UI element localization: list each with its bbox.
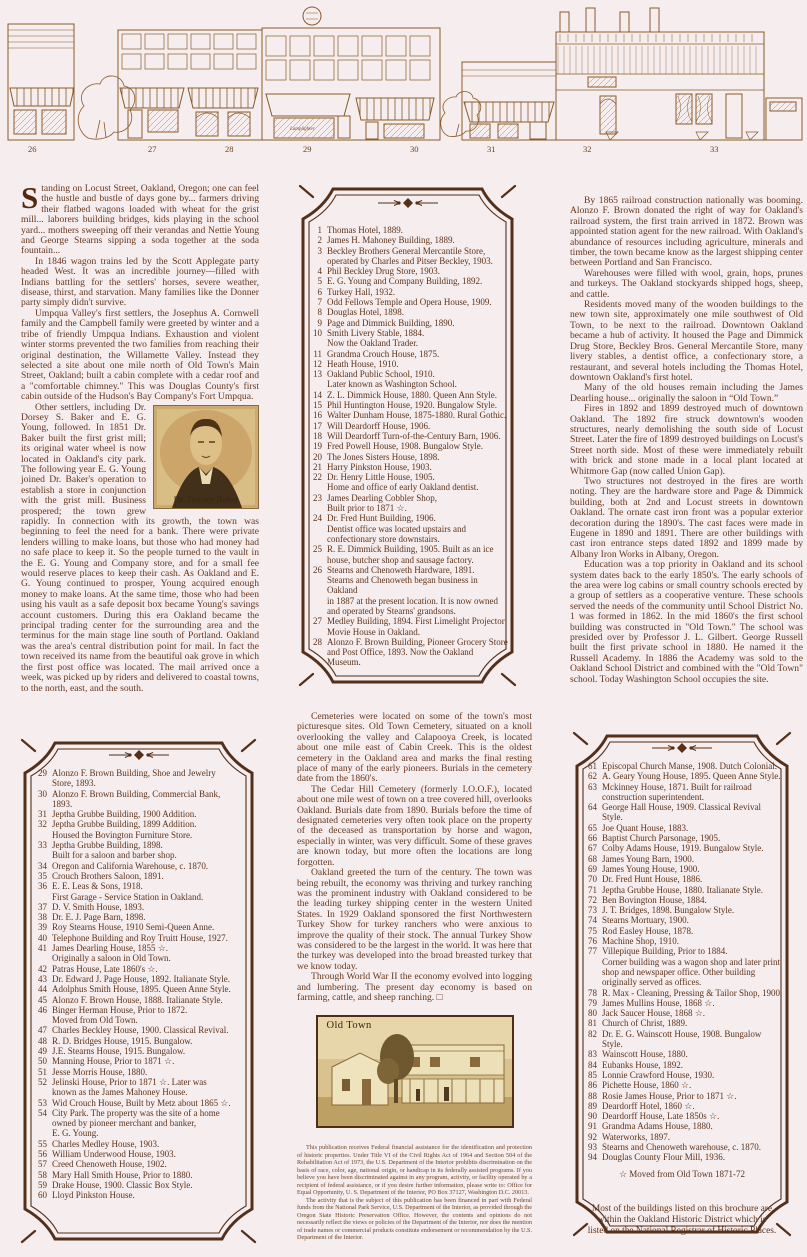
building-list-item: 92 Waterworks, 1897. <box>581 1132 784 1142</box>
building-list-item: 30 Alonzo F. Brown Building, Commercial … <box>31 789 246 810</box>
building-number-label: 78 <box>581 988 597 998</box>
building-list-item: 17 Will Deardorff House, 1906. <box>306 421 508 431</box>
building-name: Alonzo F. Brown Building, Commercial Ban… <box>52 789 246 810</box>
building-list-item: 38 Dr. E. J. Page Barn, 1898. <box>31 912 246 922</box>
building-list-item: 23 James Dearling Cobbler Shop, Built pr… <box>306 493 508 514</box>
building-number-label: 3 <box>306 246 322 267</box>
building-name: James Mullins House, 1868 ☆. <box>602 998 784 1008</box>
building-list-item: 84 Eubanks House, 1892. <box>581 1060 784 1070</box>
building-number-label: 71 <box>581 885 597 895</box>
building-name: Binger Herman House, Prior to 1872. Move… <box>52 1005 246 1026</box>
building-name: Stearns and Chenoweth warehouse, c. 1870… <box>602 1142 784 1152</box>
building-list-item: 39 Roy Stearns House, 1910 Semi-Queen An… <box>31 922 246 932</box>
building-list-item: 13 Oakland Public School, 1910. Later kn… <box>306 369 508 390</box>
building-list-item: 62 A. Geary Young House, 1895. Queen Ann… <box>581 771 784 781</box>
building-number-label: 61 <box>581 761 597 771</box>
building-number-label: 80 <box>581 1008 597 1018</box>
building-name: Crouch Brothers Saloon, 1891. <box>52 871 246 881</box>
building-name: Dr. Edward J. Page House, 1892. Italiana… <box>52 974 246 984</box>
building-list-item: 12 Heath House, 1910. <box>306 359 508 369</box>
building-name: A. Geary Young House, 1895. Queen Anne S… <box>602 771 784 781</box>
building-number-28: 28 <box>225 144 234 154</box>
building-list-item: 53 Wid Crouch House, Built by Metz about… <box>31 1098 246 1108</box>
building-list-item: 22 Dr. Henry Little House, 1905. Home an… <box>306 472 508 493</box>
building-number-label: 89 <box>581 1101 597 1111</box>
building-name: Charles Medley House, 1903. <box>52 1139 246 1149</box>
building-name: Will Deardorff House, 1906. <box>327 421 508 431</box>
building-list-item: 45 Alonzo F. Brown House, 1888. Italiana… <box>31 995 246 1005</box>
building-number-label: 26 <box>306 565 322 616</box>
building-name: Baptist Church Parsonage, 1905. <box>602 833 784 843</box>
building-name: Dr. E. J. Page Barn, 1898. <box>52 912 246 922</box>
building-name: Phil Beckley Drug Store, 1903. <box>327 266 508 276</box>
building-number-label: 47 <box>31 1025 47 1035</box>
building-number-33: 33 <box>710 144 719 154</box>
building-name: James Dearling House, 1855 ☆. Originally… <box>52 943 246 964</box>
building-number-label: 67 <box>581 843 597 853</box>
history-paragraph: By 1865 railroad construction nationally… <box>570 196 803 269</box>
building-name: Telephone Building and Roy Truitt House,… <box>52 933 246 943</box>
building-number-label: 29 <box>31 768 47 789</box>
building-name: Douglas County Flour Mill, 1936. <box>602 1152 784 1162</box>
building-name: Creed Chenoweth House, 1902. <box>52 1159 246 1169</box>
building-number-label: 63 <box>581 782 597 803</box>
building-list-item: 20 The Jones Sisters House, 1898. <box>306 452 508 462</box>
ornament-icon <box>297 196 518 208</box>
dropcap-s: S <box>21 184 41 210</box>
building-number-label: 23 <box>306 493 322 514</box>
building-number-label: 77 <box>581 946 597 987</box>
building-name: R. D. Bridges House, 1915. Bungalow. <box>52 1036 246 1046</box>
building-list-item: 21 Harry Pinkston House, 1903. <box>306 462 508 472</box>
building-name: Manning House, Prior to 1871 ☆. <box>52 1056 246 1066</box>
building-list-item: 88 Rosie James House, Prior to 1871 ☆. <box>581 1091 784 1101</box>
building-number-label: 12 <box>306 359 322 369</box>
history-paragraph: Cemeteries were located on some of the t… <box>297 712 532 785</box>
building-list-item: 67 Colby Adams House, 1919. Bungalow Sty… <box>581 843 784 853</box>
building-name: Joe Quant House, 1883. <box>602 823 784 833</box>
building-number-label: 19 <box>306 441 322 451</box>
building-number-label: 44 <box>31 984 47 994</box>
building-number-label: 59 <box>31 1180 47 1190</box>
building-number-32: 32 <box>583 144 592 154</box>
building-list-item: 86 Pichette House, 1860 ☆. <box>581 1080 784 1090</box>
building-number-label: 43 <box>31 974 47 984</box>
building-name: Will Deardorff Turn-of-the-Century Barn,… <box>327 431 508 441</box>
building-number-label: 51 <box>31 1067 47 1077</box>
building-list-item: 33 Jeptha Grubbe Building, 1898. Built f… <box>31 840 246 861</box>
building-number-label: 21 <box>306 462 322 472</box>
building-list-item: 29 Alonzo F. Brown Building, Shoe and Je… <box>31 768 246 789</box>
building-list-item: 80 Jack Saucer House, 1868 ☆. <box>581 1008 784 1018</box>
building-name: Machine Shop, 1910. <box>602 936 784 946</box>
building-number-label: 39 <box>31 922 47 932</box>
building-number-label: 36 <box>31 881 47 902</box>
building-list-item: 28 Alonzo F. Brown Building, Pioneer Gro… <box>306 637 508 668</box>
building-number-label: 58 <box>31 1170 47 1180</box>
building-list-item: 76 Machine Shop, 1910. <box>581 936 784 946</box>
building-name: Lonnie Crawford House, 1930. <box>602 1070 784 1080</box>
building-list-item: 89 Deardorff Hotel, 1860 ☆. <box>581 1101 784 1111</box>
building-number-label: 83 <box>581 1049 597 1059</box>
building-name: E. E. Leas & Sons, 1918. First Garage - … <box>52 881 246 902</box>
building-name: Waterworks, 1897. <box>602 1132 784 1142</box>
building-number-label: 57 <box>31 1159 47 1169</box>
building-number-label: 28 <box>306 637 322 668</box>
building-name: Charles Beckley House, 1900. Classical R… <box>52 1025 246 1035</box>
building-number-label: 69 <box>581 864 597 874</box>
building-name: Patras House, Late 1860's ☆. <box>52 964 246 974</box>
building-number-label: 84 <box>581 1060 597 1070</box>
building-list-box-29-60: 29 Alonzo F. Brown Building, Shoe and Je… <box>19 737 258 1245</box>
building-name: Fred Powell House, 1908. Bungalow Style. <box>327 441 508 451</box>
building-name: Walter Dunham House, 1875-1880. Rural Go… <box>327 410 508 420</box>
building-name: Jesse Morris House, 1880. <box>52 1067 246 1077</box>
building-name: James H. Mahoney Building, 1889. <box>327 235 508 245</box>
fine-print-paragraph: This publication receives Federal financ… <box>297 1144 532 1197</box>
building-number-label: 40 <box>31 933 47 943</box>
building-name: Grandma Crouch House, 1875. <box>327 349 508 359</box>
building-name: Thomas Hotel, 1889. <box>327 225 508 235</box>
building-list-item: 25 R. E. Dimmick Building, 1905. Built a… <box>306 544 508 565</box>
building-number-label: 46 <box>31 1005 47 1026</box>
building-number-27: 27 <box>148 144 157 154</box>
building-name: Eubanks House, 1892. <box>602 1060 784 1070</box>
building-number-label: 16 <box>306 410 322 420</box>
lead-paragraph: Standing on Locust Street, Oakland, Oreg… <box>21 184 259 257</box>
building-list-item: 26 Stearns and Chenoweth Hardware, 1891.… <box>306 565 508 616</box>
building-list-item: 9 Page and Dimmick Building, 1890. <box>306 318 508 328</box>
building-number-label: 86 <box>581 1080 597 1090</box>
building-list-item: 77 Villepique Building, Prior to 1884. C… <box>581 946 784 987</box>
building-list-item: 27 Medley Building, 1894. First Limeligh… <box>306 616 508 637</box>
building-number-label: 56 <box>31 1149 47 1159</box>
building-list-item: 37 D. V. Smith House, 1893. <box>31 902 246 912</box>
cemeteries-column: Cemeteries were located on some of the t… <box>297 712 532 1242</box>
building-list-item: 73 J. T. Bridges, 1898. Bungalow Style. <box>581 905 784 915</box>
building-list-item: 35 Crouch Brothers Saloon, 1891. <box>31 871 246 881</box>
building-number-label: 38 <box>31 912 47 922</box>
building-name: Dr. Henry Little House, 1905. Home and o… <box>327 472 508 493</box>
building-number-label: 53 <box>31 1098 47 1108</box>
building-list-item: 11 Grandma Crouch House, 1875. <box>306 349 508 359</box>
building-name: J. T. Bridges, 1898. Bungalow Style. <box>602 905 784 915</box>
building-number-26: 26 <box>28 144 37 154</box>
building-name: Deardorff House, Late 1850s ☆. <box>602 1111 784 1121</box>
building-number-label: 27 <box>306 616 322 637</box>
building-number-label: 31 <box>31 809 47 819</box>
building-name: Adolphus Smith House, 1895. Queen Anne S… <box>52 984 246 994</box>
building-number-label: 9 <box>306 318 322 328</box>
history-column-left: Standing on Locust Street, Oakland, Oreg… <box>21 184 259 694</box>
building-name: Jack Saucer House, 1868 ☆. <box>602 1008 784 1018</box>
building-name: Rod Easley House, 1878. <box>602 926 784 936</box>
portrait-caption: Dr. Dorsey Baker <box>154 494 258 504</box>
building-number-label: 1 <box>306 225 322 235</box>
publication-fine-print: This publication receives Federal financ… <box>297 1144 532 1242</box>
building-name: Colby Adams House, 1919. Bungalow Style. <box>602 843 784 853</box>
building-list-item: 50 Manning House, Prior to 1871 ☆. <box>31 1056 246 1066</box>
building-name: James Young House, 1900. <box>602 864 784 874</box>
building-name: Oregon and California Warehouse, c. 1870… <box>52 861 246 871</box>
building-name: William Underwood House, 1903. <box>52 1149 246 1159</box>
history-paragraph: Warehouses were filled with wool, grain,… <box>570 269 803 300</box>
building-name: Jeptha Grubbe Building, 1899 Addition. H… <box>52 819 246 840</box>
building-number-label: 41 <box>31 943 47 964</box>
building-number-label: 37 <box>31 902 47 912</box>
history-column-right: By 1865 railroad construction nationally… <box>570 196 803 685</box>
building-name: Stearns and Chenoweth Hardware, 1891. St… <box>327 565 508 616</box>
building-list-item: 71 Jeptha Grubbe House, 1880. Italianate… <box>581 885 784 895</box>
building-name: Alonzo F. Brown Building, Shoe and Jewel… <box>52 768 246 789</box>
building-number-label: 93 <box>581 1142 597 1152</box>
building-name: Z. L. Dimmick House, 1880. Queen Ann Sty… <box>327 390 508 400</box>
building-list-item: 7 Odd Fellows Temple and Opera House, 19… <box>306 297 508 307</box>
building-name: D. V. Smith House, 1893. <box>52 902 246 912</box>
building-list-item: 63 Mckinney House, 1871. Built for railr… <box>581 782 784 803</box>
building-number-31: 31 <box>487 144 496 154</box>
building-list-item: 79 James Mullins House, 1868 ☆. <box>581 998 784 1008</box>
building-list-item: 69 James Young House, 1900. <box>581 864 784 874</box>
building-list-item: 52 Jelinski House, Prior to 1871 ☆. Late… <box>31 1077 246 1098</box>
building-list-item: 34 Oregon and California Warehouse, c. 1… <box>31 861 246 871</box>
building-number-label: 81 <box>581 1018 597 1028</box>
building-number-label: 92 <box>581 1132 597 1142</box>
building-number-label: 85 <box>581 1070 597 1080</box>
building-name: Mary Hall Smith House, Prior to 1880. <box>52 1170 246 1180</box>
ornament-icon <box>19 748 258 760</box>
building-number-label: 25 <box>306 544 322 565</box>
building-list-item: 55 Charles Medley House, 1903. <box>31 1139 246 1149</box>
building-number-label: 72 <box>581 895 597 905</box>
building-name: Ben Bovington House, 1884. <box>602 895 784 905</box>
building-number-label: 7 <box>306 297 322 307</box>
building-name: Wid Crouch House, Built by Metz about 18… <box>52 1098 246 1108</box>
building-number-label: 79 <box>581 998 597 1008</box>
building-list-item: 72 Ben Bovington House, 1884. <box>581 895 784 905</box>
building-number-label: 33 <box>31 840 47 861</box>
moved-from-old-town-footnote: ☆ Moved from Old Town 1871-72 <box>571 1169 793 1180</box>
ornament-icon <box>571 741 793 753</box>
building-name: Church of Christ, 1889. <box>602 1018 784 1028</box>
building-name: Medley Building, 1894. First Limelight P… <box>327 616 508 637</box>
building-name: Deardorff Hotel, 1860 ☆. <box>602 1101 784 1111</box>
building-list-item: 81 Church of Christ, 1889. <box>581 1018 784 1028</box>
building-list-item: 93 Stearns and Chenoweth warehouse, c. 1… <box>581 1142 784 1152</box>
building-number-label: 17 <box>306 421 322 431</box>
building-list-item: 65 Joe Quant House, 1883. <box>581 823 784 833</box>
history-paragraph: Residents moved many of the wooden build… <box>570 300 803 383</box>
brochure-page: Lamplighter 26 27 28 29 30 31 32 33 Stan… <box>0 0 807 1257</box>
building-number-label: 14 <box>306 390 322 400</box>
building-list-item: 1 Thomas Hotel, 1889. <box>306 225 508 235</box>
building-list-item: 19 Fred Powell House, 1908. Bungalow Sty… <box>306 441 508 451</box>
building-list-item: 61 Episcopal Church Manse, 1908. Dutch C… <box>581 761 784 771</box>
building-list-item: 43 Dr. Edward J. Page House, 1892. Itali… <box>31 974 246 984</box>
dr-dorsey-baker-photo: Dr. Dorsey Baker <box>153 405 259 509</box>
building-number-label: 18 <box>306 431 322 441</box>
building-name: R. Max - Cleaning, Pressing & Tailor Sho… <box>602 988 784 998</box>
building-list-item: 64 George Hall House, 1909. Classical Re… <box>581 802 784 823</box>
fine-print-paragraph: The activity that is the subject of this… <box>297 1197 532 1242</box>
building-list-item: 3 Beckley Brothers General Mercantile St… <box>306 246 508 267</box>
old-town-photo-sketch <box>318 1017 512 1126</box>
building-list-item: 15 Phil Huntington House, 1920. Bungalow… <box>306 400 508 410</box>
building-number-label: 65 <box>581 823 597 833</box>
building-list-item: 60 Lloyd Pinkston House. <box>31 1190 246 1200</box>
building-name: James Young Barn, 1900. <box>602 854 784 864</box>
building-number-label: 35 <box>31 871 47 881</box>
storefronts-sketch: Lamplighter 26 27 28 29 30 31 32 33 <box>0 0 807 168</box>
building-name: R. E. Dimmick Building, 1905. Built as a… <box>327 544 508 565</box>
building-name: E. G. Young and Company Building, 1892. <box>327 276 508 286</box>
history-paragraph: Fires in 1892 and 1899 destroyed much of… <box>570 404 803 477</box>
building-list-item: 66 Baptist Church Parsonage, 1905. <box>581 833 784 843</box>
building-list-item: 46 Binger Herman House, Prior to 1872. M… <box>31 1005 246 1026</box>
building-number-label: 11 <box>306 349 322 359</box>
building-list-item: 31 Jeptha Grubbe Building, 1900 Addition… <box>31 809 246 819</box>
building-list-item: 32 Jeptha Grubbe Building, 1899 Addition… <box>31 819 246 840</box>
building-number-label: 82 <box>581 1029 597 1050</box>
building-name: Villepique Building, Prior to 1884. Corn… <box>602 946 784 987</box>
building-number-30: 30 <box>410 144 419 154</box>
building-list-box-1-28: 1 Thomas Hotel, 1889. 2 James H. Mahoney… <box>297 183 518 688</box>
building-list-item: 14 Z. L. Dimmick House, 1880. Queen Ann … <box>306 390 508 400</box>
building-name: Drake House, 1900. Classic Box Style. <box>52 1180 246 1190</box>
building-list-item: 4 Phil Beckley Drug Store, 1903. <box>306 266 508 276</box>
building-list-item: 36 E. E. Leas & Sons, 1918. First Garage… <box>31 881 246 902</box>
building-name: Dr. Fred Hunt House, 1886. <box>602 874 784 884</box>
building-name: Heath House, 1910. <box>327 359 508 369</box>
building-list-item: 75 Rod Easley House, 1878. <box>581 926 784 936</box>
building-number-label: 4 <box>306 266 322 276</box>
building-number-label: 62 <box>581 771 597 781</box>
building-name: J.E. Stearns House, 1915. Bungalow. <box>52 1046 246 1056</box>
building-number-label: 64 <box>581 802 597 823</box>
building-list-item: 40 Telephone Building and Roy Truitt Hou… <box>31 933 246 943</box>
building-number-label: 55 <box>31 1139 47 1149</box>
building-number-label: 90 <box>581 1111 597 1121</box>
building-name: Grandma Adams House, 1880. <box>602 1121 784 1131</box>
building-list-item: 42 Patras House, Late 1860's ☆. <box>31 964 246 974</box>
building-name: Jeptha Grubbe House, 1880. Italianate St… <box>602 885 784 895</box>
history-paragraph: Through World War II the economy evolved… <box>297 972 532 1003</box>
history-paragraph: Education was a top priority in Oakland … <box>570 560 803 685</box>
building-number-label: 70 <box>581 874 597 884</box>
building-name: Roy Stearns House, 1910 Semi-Queen Anne. <box>52 922 246 932</box>
building-name: Rosie James House, Prior to 1871 ☆. <box>602 1091 784 1101</box>
building-number-label: 52 <box>31 1077 47 1098</box>
history-paragraph: Many of the old houses remain including … <box>570 383 803 404</box>
building-list-item: 91 Grandma Adams House, 1880. <box>581 1121 784 1131</box>
building-list-item: 6 Turkey Hall, 1932. <box>306 287 508 297</box>
building-number-label: 6 <box>306 287 322 297</box>
building-list-item: 82 Dr. E. G. Wainscott House, 1908. Bung… <box>581 1029 784 1050</box>
building-name: Jeptha Grubbe Building, 1898. Built for … <box>52 840 246 861</box>
lamplighter-sign: Lamplighter <box>289 127 315 132</box>
building-list-item: 74 Stearns Mortuary, 1900. <box>581 915 784 925</box>
building-name: Odd Fellows Temple and Opera House, 1909… <box>327 297 508 307</box>
building-name: Alonzo F. Brown House, 1888. Italianate … <box>52 995 246 1005</box>
building-list-box-61-94: 61 Episcopal Church Manse, 1908. Dutch C… <box>571 730 793 1238</box>
building-number-label: 24 <box>306 513 322 544</box>
building-name: Jelinski House, Prior to 1871 ☆. Later w… <box>52 1077 246 1098</box>
building-name: Pichette House, 1860 ☆. <box>602 1080 784 1090</box>
building-list-item: 83 Wainscott House, 1880. <box>581 1049 784 1059</box>
building-list-item: 44 Adolphus Smith House, 1895. Queen Ann… <box>31 984 246 994</box>
building-list-item: 90 Deardorff House, Late 1850s ☆. <box>581 1111 784 1121</box>
building-name: James Dearling Cobbler Shop, Built prior… <box>327 493 508 514</box>
building-number-label: 10 <box>306 328 322 349</box>
old-town-photo: Old Town <box>316 1015 514 1128</box>
building-name: The Jones Sisters House, 1898. <box>327 452 508 462</box>
historic-district-note: Most of the buildings listed on this bro… <box>571 1204 793 1237</box>
building-number-label: 91 <box>581 1121 597 1131</box>
building-name: Stearns Mortuary, 1900. <box>602 915 784 925</box>
building-name: Harry Pinkston House, 1903. <box>327 462 508 472</box>
building-number-label: 74 <box>581 915 597 925</box>
building-number-label: 75 <box>581 926 597 936</box>
building-list-item: 47 Charles Beckley House, 1900. Classica… <box>31 1025 246 1035</box>
building-name: Dr. Fred Hunt Building, 1906. Dentist of… <box>327 513 508 544</box>
building-list-item: 56 William Underwood House, 1903. <box>31 1149 246 1159</box>
building-number-label: 13 <box>306 369 322 390</box>
building-list-item: 54 City Park. The property was the site … <box>31 1108 246 1139</box>
building-list-item: 18 Will Deardorff Turn-of-the-Century Ba… <box>306 431 508 441</box>
building-name: Turkey Hall, 1932. <box>327 287 508 297</box>
lead-text: tanding on Locust Street, Oakland, Orego… <box>21 183 259 256</box>
building-name: Smith Livery Stable, 1884. Now the Oakla… <box>327 328 508 349</box>
building-number-label: 48 <box>31 1036 47 1046</box>
building-number-label: 66 <box>581 833 597 843</box>
building-list-item: 8 Douglas Hotel, 1898. <box>306 307 508 317</box>
building-name: Dr. E. G. Wainscott House, 1908. Bungalo… <box>602 1029 784 1050</box>
building-number-29: 29 <box>303 144 312 154</box>
history-paragraph: Umpqua Valley's first settlers, the Jose… <box>21 309 259 403</box>
building-list-item: 16 Walter Dunham House, 1875-1880. Rural… <box>306 410 508 420</box>
building-name: City Park. The property was the site of … <box>52 1108 246 1139</box>
history-paragraph: Two structures not destroyed in the fire… <box>570 477 803 560</box>
building-list-item: 57 Creed Chenoweth House, 1902. <box>31 1159 246 1169</box>
building-list-item: 59 Drake House, 1900. Classic Box Style. <box>31 1180 246 1190</box>
building-name: George Hall House, 1909. Classical Reviv… <box>602 802 784 823</box>
building-list-item: 2 James H. Mahoney Building, 1889. <box>306 235 508 245</box>
building-name: Lloyd Pinkston House. <box>52 1190 246 1200</box>
building-number-label: 45 <box>31 995 47 1005</box>
building-list-item: 68 James Young Barn, 1900. <box>581 854 784 864</box>
building-number-label: 76 <box>581 936 597 946</box>
building-name: Oakland Public School, 1910. Later known… <box>327 369 508 390</box>
building-name: Alonzo F. Brown Building, Pioneer Grocer… <box>327 637 508 668</box>
building-number-label: 94 <box>581 1152 597 1162</box>
portrait-sketch <box>154 406 258 508</box>
old-town-label: Old Town <box>327 1021 372 1031</box>
building-number-label: 49 <box>31 1046 47 1056</box>
building-name: Beckley Brothers General Mercantile Stor… <box>327 246 508 267</box>
building-number-label: 60 <box>31 1190 47 1200</box>
building-number-label: 34 <box>31 861 47 871</box>
history-paragraph: Oakland greeted the turn of the century.… <box>297 868 532 972</box>
building-list-item: 94 Douglas County Flour Mill, 1936. <box>581 1152 784 1162</box>
building-list-item: 5 E. G. Young and Company Building, 1892… <box>306 276 508 286</box>
building-list-item: 70 Dr. Fred Hunt House, 1886. <box>581 874 784 884</box>
building-name: Page and Dimmick Building, 1890. <box>327 318 508 328</box>
building-list-item: 48 R. D. Bridges House, 1915. Bungalow. <box>31 1036 246 1046</box>
building-name: Mckinney House, 1871. Built for railroad… <box>602 782 784 803</box>
building-name: Episcopal Church Manse, 1908. Dutch Colo… <box>602 761 784 771</box>
building-list-item: 41 James Dearling House, 1855 ☆. Origina… <box>31 943 246 964</box>
building-number-label: 32 <box>31 819 47 840</box>
